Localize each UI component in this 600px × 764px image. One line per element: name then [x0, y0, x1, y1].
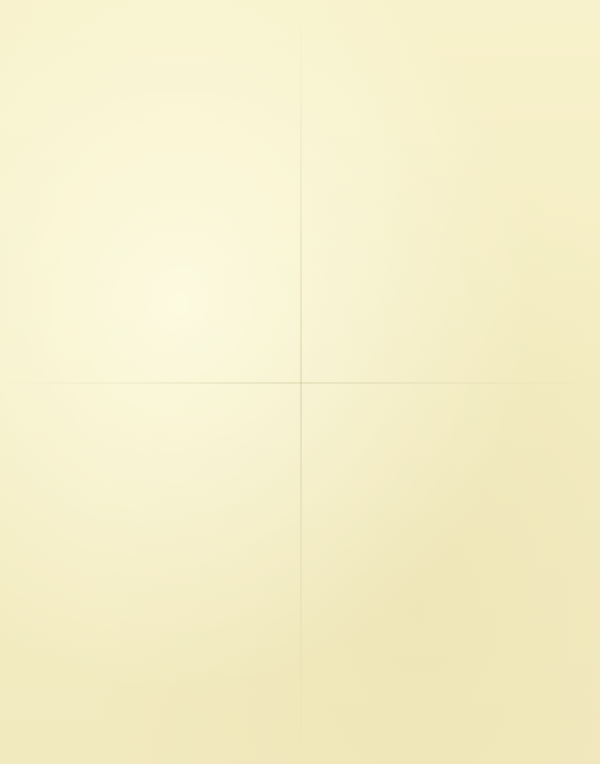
rose-border-left — [4, 95, 94, 764]
rose-border-right — [492, 95, 588, 764]
ruled-writing-area — [96, 0, 492, 764]
